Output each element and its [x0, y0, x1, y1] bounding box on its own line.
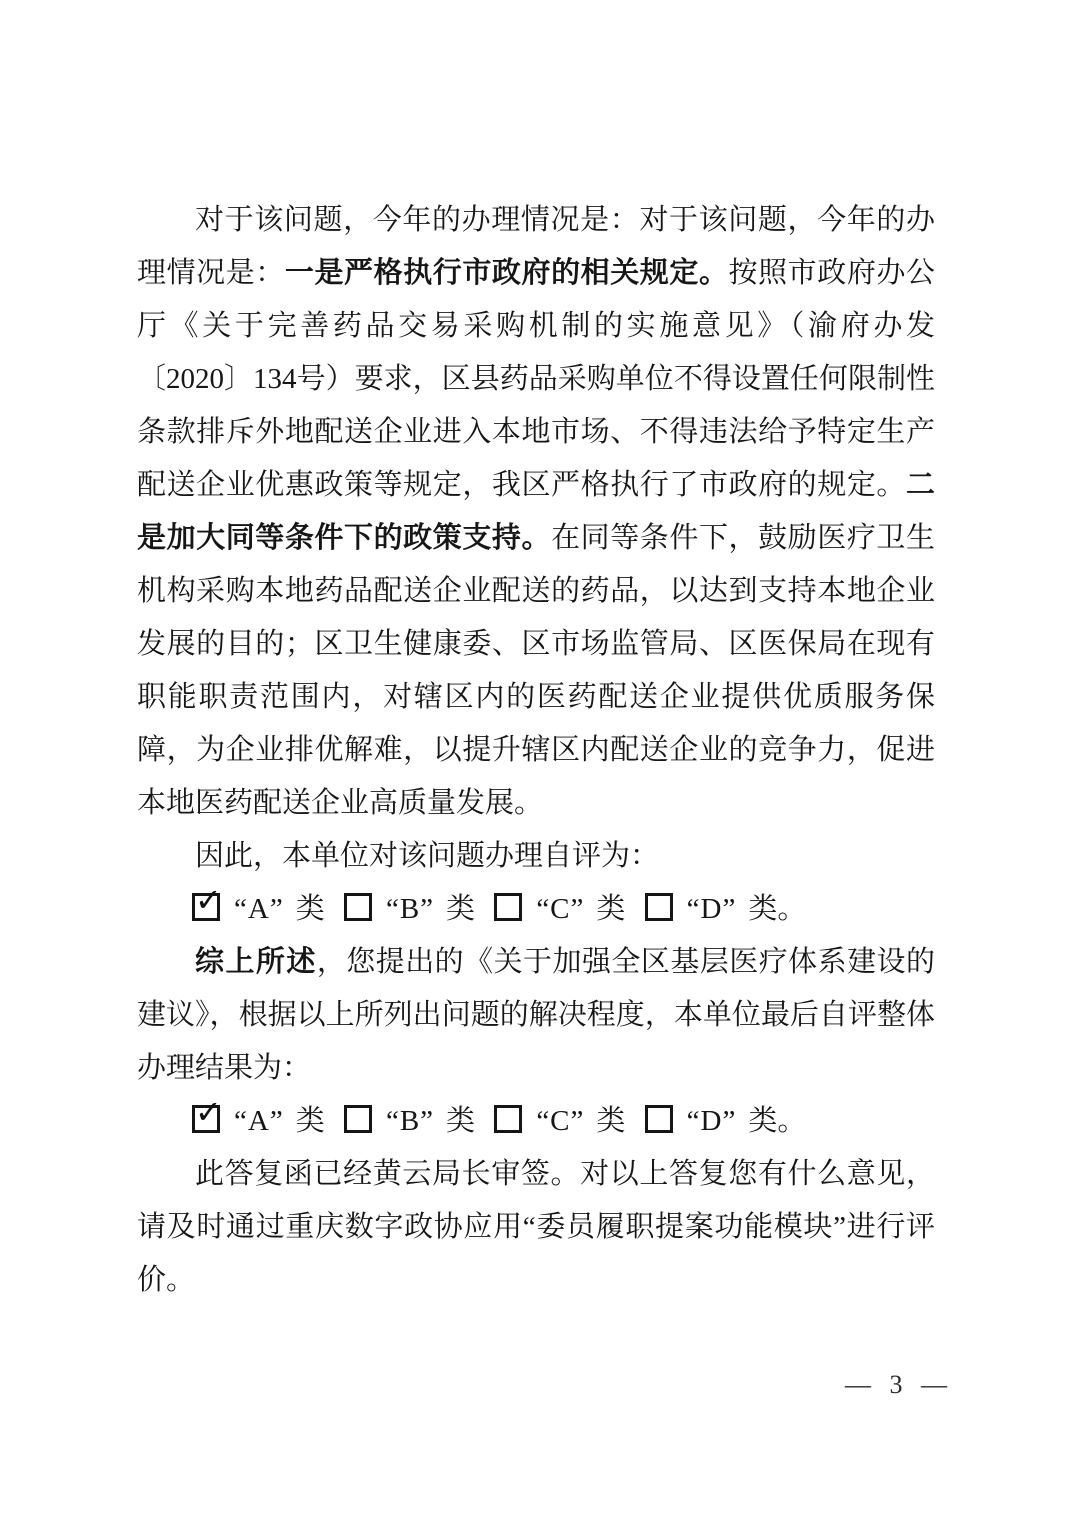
checkbox-unchecked-icon	[344, 893, 372, 921]
checkbox-option-b: “B”类	[344, 883, 475, 936]
text-run: 按照市政府办公厅《关于完善药品交易采购机制的实施意见》（渝府办发〔2020〕13…	[137, 257, 935, 501]
page-number: — 3 —	[836, 1370, 956, 1400]
text-run-bold-point-one: 一是严格执行市政府的相关规定。	[285, 257, 729, 289]
checkbox-unchecked-icon	[344, 1105, 372, 1133]
check-mark-icon: ✓	[195, 1096, 222, 1128]
checkbox-checked-icon: ✓	[192, 893, 220, 921]
checkbox-label: “D”	[687, 1105, 737, 1137]
checkbox-option-d: “D”类。	[645, 1095, 807, 1148]
checkbox-label: “D”	[687, 893, 737, 925]
checkbox-unchecked-icon	[645, 1105, 673, 1133]
checkbox-suffix: 类。	[748, 1105, 806, 1137]
checkbox-label: “A”	[234, 1105, 284, 1137]
checkbox-option-a: ✓“A”类	[192, 883, 325, 936]
checkbox-label: “B”	[386, 1105, 434, 1137]
checkbox-label: “A”	[234, 893, 284, 925]
checkbox-unchecked-icon	[494, 893, 522, 921]
text-run: 在同等条件下，鼓励医疗卫生机构采购本地药品配送企业配送的药品，以达到支持本地企业…	[137, 522, 935, 819]
self-eval-checkbox-line-overall: ✓“A”类 “B”类 “C”类 “D”类。	[137, 1095, 935, 1148]
check-mark-icon: ✓	[195, 884, 222, 916]
checkbox-unchecked-icon	[645, 893, 673, 921]
paragraph-handling-status: 对于该问题，今年的办理情况是：对于该问题，今年的办理情况是：一是严格执行市政府的…	[137, 194, 935, 830]
checkbox-label: “C”	[536, 1105, 584, 1137]
self-eval-checkbox-line-question: ✓“A”类 “B”类 “C”类 “D”类。	[137, 883, 935, 936]
checkbox-unchecked-icon	[494, 1105, 522, 1133]
checkbox-suffix: 类	[596, 893, 625, 925]
checkbox-label: “C”	[536, 893, 584, 925]
checkbox-option-b: “B”类	[344, 1095, 475, 1148]
paragraph-closing: 此答复函已经黄云局长审签。对以上答复您有什么意见，请及时通过重庆数字政协应用“委…	[137, 1148, 935, 1307]
checkbox-checked-icon: ✓	[192, 1105, 220, 1133]
checkbox-option-a: ✓“A”类	[192, 1095, 325, 1148]
checkbox-suffix: 类	[446, 1105, 475, 1137]
document-body: 对于该问题，今年的办理情况是：对于该问题，今年的办理情况是：一是严格执行市政府的…	[137, 194, 935, 1307]
text-run-bold-summary-lead: 综上所述	[195, 946, 317, 978]
checkbox-suffix: 类	[296, 893, 325, 925]
checkbox-suffix: 类	[446, 893, 475, 925]
checkbox-suffix: 类。	[748, 893, 806, 925]
checkbox-option-c: “C”类	[494, 883, 625, 936]
checkbox-option-d: “D”类。	[645, 883, 807, 936]
checkbox-suffix: 类	[296, 1105, 325, 1137]
paragraph-summary: 综上所述，您提出的《关于加强全区基层医疗体系建设的建议》，根据以上所列出问题的解…	[137, 936, 935, 1095]
checkbox-label: “B”	[386, 893, 434, 925]
paragraph-self-eval-intro: 因此，本单位对该问题办理自评为：	[137, 830, 935, 883]
checkbox-option-c: “C”类	[494, 1095, 625, 1148]
checkbox-suffix: 类	[596, 1105, 625, 1137]
